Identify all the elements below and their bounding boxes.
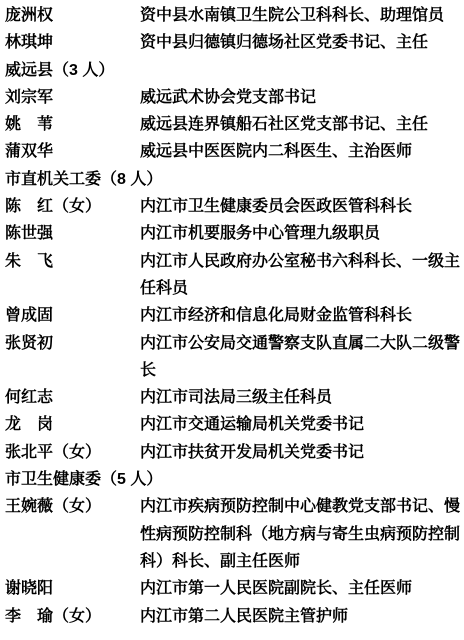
section-header-row: 威远县（3 人） (5, 57, 462, 84)
person-name: 林琪坤 (5, 29, 140, 56)
roster-entry-row: 何红志 内江市司法局三级主任科员 (5, 384, 462, 411)
person-name: 李 瑜（女） (5, 603, 140, 630)
roster-entry-row: 曾成固 内江市经济和信息化局财金监管科科长 (5, 302, 462, 329)
roster-entry-row: 龙 岗 内江市交通运输局机关党委书记 (5, 411, 462, 438)
roster-entry-row: 谢晓阳 内江市第一人民医院副院长、主任医师 (5, 575, 462, 602)
roster-entry-row: 蒲双华 威远县中医医院内二科医生、主治医师 (5, 138, 462, 165)
person-name: 朱 飞 (5, 248, 140, 275)
section-header-row: 市直机关工委（8 人） (5, 166, 462, 193)
roster-entry-row: 林琪坤 资中县归德镇归德场社区党委书记、主任 (5, 29, 462, 56)
person-name: 刘宗军 (5, 84, 140, 111)
person-name: 谢晓阳 (5, 575, 140, 602)
person-name: 张北平（女） (5, 439, 140, 466)
person-position: 内江市扶贫开发局机关党委书记 (140, 439, 462, 466)
person-position: 内江市机要服务中心管理九级职员 (140, 220, 462, 247)
person-position: 内江市交通运输局机关党委书记 (140, 411, 462, 438)
person-position: 内江市卫生健康委员会医政医管科科长 (140, 193, 462, 220)
person-name: 龙 岗 (5, 411, 140, 438)
section-header: 威远县（3 人） (5, 57, 114, 84)
roster-entry-row: 庞洲权 资中县水南镇卫生院公卫科科长、助理馆员 (5, 2, 462, 29)
roster-entry-row: 姚 苇 威远县连界镇船石社区党支部书记、主任 (5, 111, 462, 138)
roster-entry-row: 刘宗军 威远武术协会党支部书记 (5, 84, 462, 111)
roster-entry-row: 张贤初 内江市公安局交通警察支队直属二大队二级警长 (5, 330, 462, 385)
person-position: 威远县连界镇船石社区党支部书记、主任 (140, 111, 462, 138)
person-position: 内江市经济和信息化局财金监管科科长 (140, 302, 462, 329)
person-position: 威远县中医医院内二科医生、主治医师 (140, 138, 462, 165)
person-position: 内江市公安局交通警察支队直属二大队二级警长 (140, 330, 462, 385)
person-name: 何红志 (5, 384, 140, 411)
person-name: 陈 红（女） (5, 193, 140, 220)
person-name: 王婉薇（女） (5, 493, 140, 520)
person-position: 内江市第一人民医院副院长、主任医师 (140, 575, 462, 602)
person-name: 张贤初 (5, 330, 140, 357)
roster-entry-row: 朱 飞 内江市人民政府办公室秘书六科科长、一级主任科员 (5, 248, 462, 303)
person-name: 蒲双华 (5, 138, 140, 165)
personnel-roster-document: 庞洲权 资中县水南镇卫生院公卫科科长、助理馆员 林琪坤 资中县归德镇归德场社区党… (0, 0, 464, 640)
roster-entry-row: 张北平（女） 内江市扶贫开发局机关党委书记 (5, 439, 462, 466)
person-position: 内江市人民政府办公室秘书六科科长、一级主任科员 (140, 248, 462, 303)
person-position: 内江市司法局三级主任科员 (140, 384, 462, 411)
person-name: 庞洲权 (5, 2, 140, 29)
person-name: 曾成固 (5, 302, 140, 329)
person-name: 陈世强 (5, 220, 140, 247)
roster-entry-row: 李 瑜（女） 内江市第二人民医院主管护师 (5, 603, 462, 630)
person-position: 内江市第二人民医院主管护师 (140, 603, 462, 630)
person-position: 资中县水南镇卫生院公卫科科长、助理馆员 (140, 2, 462, 29)
roster-entry-row: 王婉薇（女） 内江市疾病预防控制中心健教党支部书记、慢性病预防控制科（地方病与寄… (5, 493, 462, 575)
section-header: 市直机关工委（8 人） (5, 166, 162, 193)
roster-entry-row: 陈世强 内江市机要服务中心管理九级职员 (5, 220, 462, 247)
person-position: 威远武术协会党支部书记 (140, 84, 462, 111)
roster-entry-row: 陈 红（女） 内江市卫生健康委员会医政医管科科长 (5, 193, 462, 220)
person-name: 姚 苇 (5, 111, 140, 138)
section-header-row: 市卫生健康委（5 人） (5, 466, 462, 493)
section-header: 市卫生健康委（5 人） (5, 466, 162, 493)
person-position: 资中县归德镇归德场社区党委书记、主任 (140, 29, 462, 56)
person-position: 内江市疾病预防控制中心健教党支部书记、慢性病预防控制科（地方病与寄生虫病预防控制… (140, 493, 462, 575)
